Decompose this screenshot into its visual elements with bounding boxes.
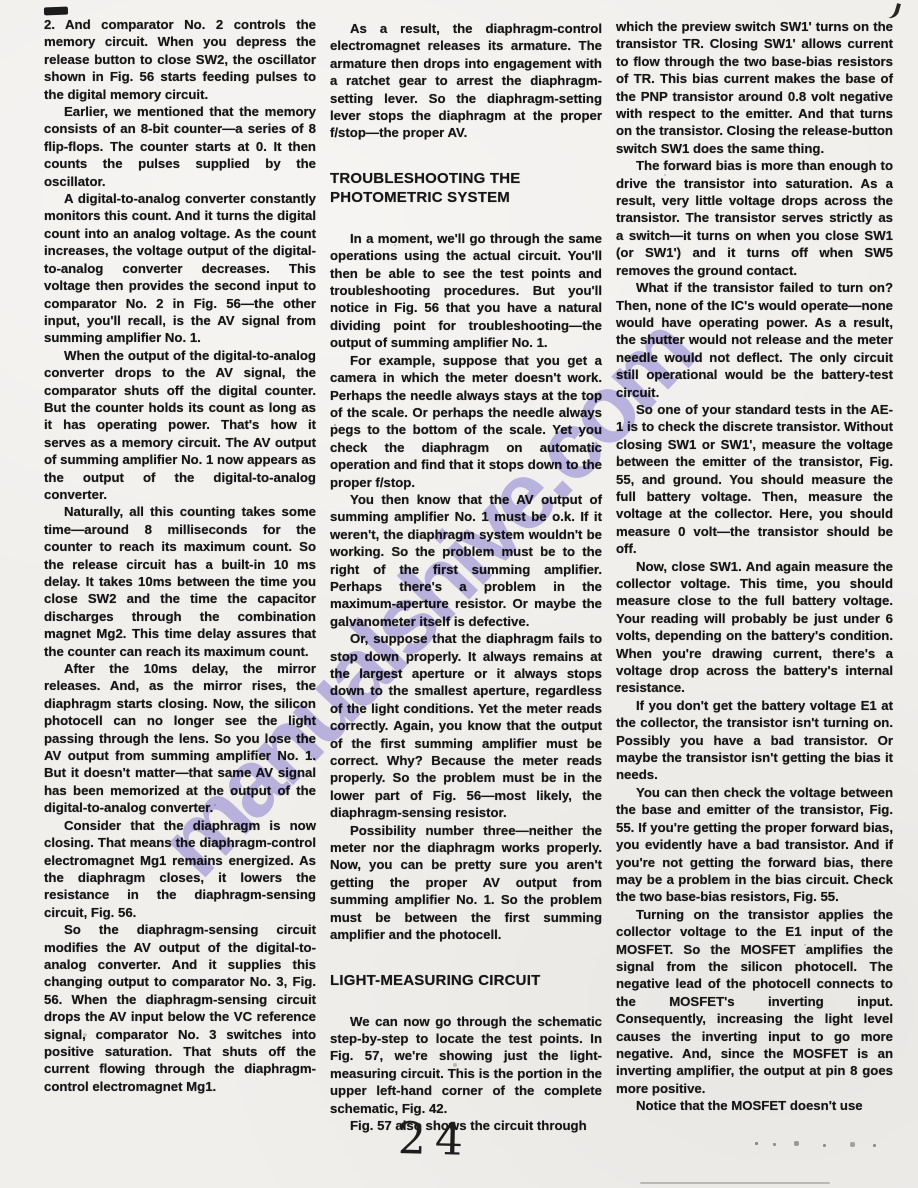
text-columns: 2. And comparator No. 2 controls the mem… <box>0 0 918 1188</box>
handwritten-page-number: 24 <box>397 1113 472 1166</box>
paragraph: Notice that the MOSFET doesn't use <box>616 1097 893 1114</box>
paragraph: Earlier, we mentioned that the memory co… <box>44 103 316 190</box>
paragraph: In a moment, we'll go through the same o… <box>330 230 602 352</box>
column-1: 2. And comparator No. 2 controls the mem… <box>44 16 316 1095</box>
paragraph: Now, close SW1. And again measure the co… <box>616 558 893 697</box>
paragraph: We can now go through the schematic step… <box>330 1013 602 1117</box>
paragraph: What if the transistor failed to turn on… <box>616 279 893 401</box>
paragraph: Naturally, all this counting takes some … <box>44 503 316 660</box>
paragraph: Possibility number three—neither the met… <box>330 822 602 944</box>
paragraph: You then know that the AV output of summ… <box>330 491 602 630</box>
scan-line-artifact <box>640 1182 830 1184</box>
paragraph: For example, suppose that you get a came… <box>330 352 602 491</box>
paragraph: After the 10ms delay, the mirror release… <box>44 660 316 817</box>
paragraph: The forward bias is more than enough to … <box>616 157 893 279</box>
cutoff-text-fragment <box>755 1142 758 1145</box>
section-heading: LIGHT-MEASURING CIRCUIT <box>330 971 602 990</box>
paragraph: So the diaphragm-sensing circuit modifie… <box>44 921 316 1095</box>
paragraph: Turning on the transistor applies the co… <box>616 906 893 1097</box>
paragraph: Or, suppose that the diaphragm fails to … <box>330 630 602 821</box>
scanned-page: 2. And comparator No. 2 controls the mem… <box>0 0 918 1188</box>
paragraph: You can then check the voltage between t… <box>616 784 893 906</box>
section-heading: TROUBLESHOOTING THE PHOTOMETRIC SYSTEM <box>330 169 602 207</box>
paragraph: If you don't get the battery voltage E1 … <box>616 697 893 784</box>
column-3: which the preview switch SW1' turns on t… <box>616 18 893 1115</box>
paragraph: Consider that the diaphragm is now closi… <box>44 817 316 921</box>
column-2: As a result, the diaphragm-control elect… <box>330 20 602 1134</box>
paragraph: 2. And comparator No. 2 controls the mem… <box>44 16 316 103</box>
paragraph: So one of your standard tests in the AE-… <box>616 401 893 558</box>
paragraph: A digital-to-analog converter constantly… <box>44 190 316 347</box>
paragraph: As a result, the diaphragm-control elect… <box>330 20 602 142</box>
paragraph: which the preview switch SW1' turns on t… <box>616 18 893 157</box>
paragraph: When the output of the digital-to-analog… <box>44 347 316 504</box>
